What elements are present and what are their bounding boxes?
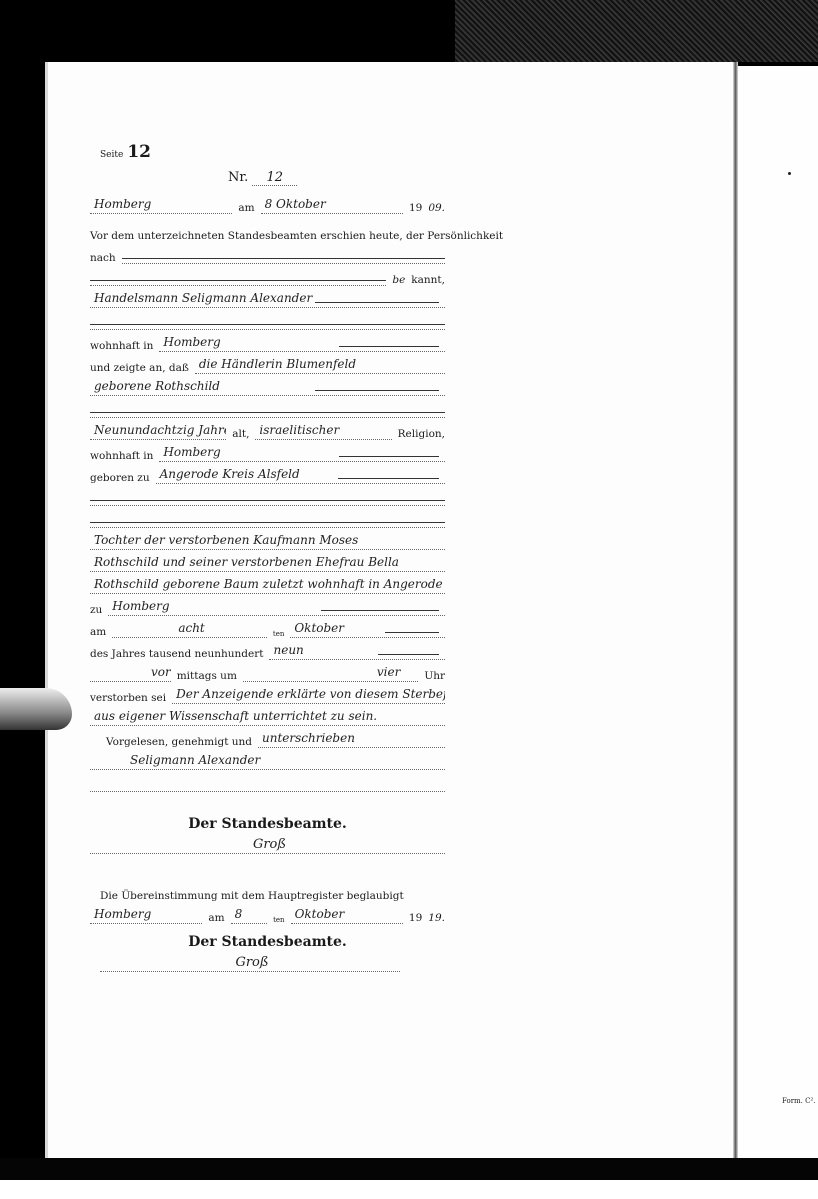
form-mark: Form. C².: [782, 1097, 816, 1105]
registrar-signature-line: Groß: [90, 832, 445, 854]
header-line: Homberg am 8 Oktober 1909.: [90, 192, 445, 214]
birthplace-field: Angerode Kreis Alsfeld: [156, 467, 445, 484]
blank-line: [90, 770, 445, 792]
death-month-field: Oktober: [290, 621, 445, 638]
deceased-line-1: und zeigte an, daß die Händlerin Blumenf…: [90, 352, 445, 374]
page-number: Seite12: [100, 142, 151, 162]
death-date-line: am acht ten Oktober: [90, 616, 445, 638]
certification-line: Die Übereinstimmung mit dem Hauptregiste…: [90, 880, 445, 902]
entry-number: Nr. 12: [228, 170, 297, 185]
parents-field: Rothschild geborene Baum zuletzt wohnhaf…: [90, 577, 445, 594]
informant-residence-line: wohnhaft in Homberg: [90, 330, 445, 352]
informant-signature: Seligmann Alexander: [90, 753, 445, 770]
statement-field: Der Anzeigende erklärte von diesem Sterb…: [172, 687, 445, 704]
death-day-field: acht: [112, 621, 267, 638]
place-field: Homberg: [90, 197, 232, 214]
date-field: 8 Oktober: [261, 197, 403, 214]
age-field: Neunundachtzig Jahre: [90, 423, 226, 440]
nach-line: nach: [90, 242, 445, 264]
registrar-signature-line-2: Groß: [100, 950, 400, 972]
vorgelesen-line: Vorgelesen, genehmigt und unterschrieben: [90, 726, 445, 748]
informant-residence-field: Homberg: [159, 335, 445, 352]
cert-place-field: Homberg: [90, 907, 202, 924]
scanner-background: [455, 0, 818, 62]
kannt-line: be kannt,: [90, 264, 445, 286]
cert-day-field: 8: [231, 907, 268, 924]
parents-line-2: Rothschild und seiner verstorbenen Ehefr…: [90, 550, 445, 572]
vor-nach-field: vor: [90, 665, 171, 682]
scan-border-bottom: [0, 1158, 818, 1180]
cert-month-field: Oktober: [291, 907, 403, 924]
statement-line-1: verstorben sei Der Anzeigende erklärte v…: [90, 682, 445, 704]
deceased-residence-line: wohnhaft in Homberg: [90, 440, 445, 462]
registrar-title-2: Der Standesbeamte.: [90, 934, 445, 950]
parents-field: Rothschild und seiner verstorbenen Ehefr…: [90, 555, 445, 572]
deceased-residence-field: Homberg: [159, 445, 445, 462]
register-form: Homberg am 8 Oktober 1909. Vor dem unter…: [90, 192, 445, 972]
blank-line: [90, 396, 445, 418]
informant-line: Handelsmann Seligmann Alexander: [90, 286, 445, 308]
death-hour-field: vier: [243, 665, 418, 682]
death-year-field: neun: [269, 643, 445, 660]
registrar-signature: Groß: [90, 837, 445, 854]
religion-field: israelitischer: [255, 423, 391, 440]
archive-footer: [0, 1180, 818, 1199]
birthplace-line: geboren zu Angerode Kreis Alsfeld: [90, 462, 445, 484]
registrar-signature-2: Groß: [100, 955, 400, 972]
death-place-field: Homberg: [108, 599, 445, 616]
cert-date-line: Homberg am 8 ten Oktober 1919.: [90, 902, 445, 924]
blank-line: [90, 506, 445, 528]
death-time-line: vor mittags um vier Uhr: [90, 660, 445, 682]
blank-line: [90, 484, 445, 506]
deceased-line-2: geborene Rothschild: [90, 374, 445, 396]
intro-line: Vor dem unterzeichneten Standesbeamten e…: [90, 214, 445, 242]
parents-field: Tochter der verstorbenen Kaufmann Moses: [90, 533, 445, 550]
deceased-name-field: die Händlerin Blumenfeld: [195, 357, 445, 374]
parents-line-1: Tochter der verstorbenen Kaufmann Moses: [90, 528, 445, 550]
scanner-thumb: [0, 688, 72, 730]
vorgelesen-field: unterschrieben: [258, 731, 445, 748]
death-year-line: des Jahres tausend neunhundert neun: [90, 638, 445, 660]
parents-line-3: Rothschild geborene Baum zuletzt wohnhaf…: [90, 572, 445, 594]
age-religion-line: Neunundachtzig Jahre alt, israelitischer…: [90, 418, 445, 440]
statement-line-2: aus eigener Wissenschaft unterrichtet zu…: [90, 704, 445, 726]
facing-page: [738, 66, 818, 1158]
statement-field: aus eigener Wissenschaft unterrichtet zu…: [90, 709, 445, 726]
deceased-maiden-field: geborene Rothschild: [90, 379, 445, 396]
blank-line: [90, 308, 445, 330]
informant-field: Handelsmann Seligmann Alexander: [90, 291, 445, 308]
speck: [788, 172, 791, 175]
informant-signature-line: Seligmann Alexander: [90, 748, 445, 770]
registrar-title: Der Standesbeamte.: [90, 816, 445, 832]
death-place-line: zu Homberg: [90, 594, 445, 616]
